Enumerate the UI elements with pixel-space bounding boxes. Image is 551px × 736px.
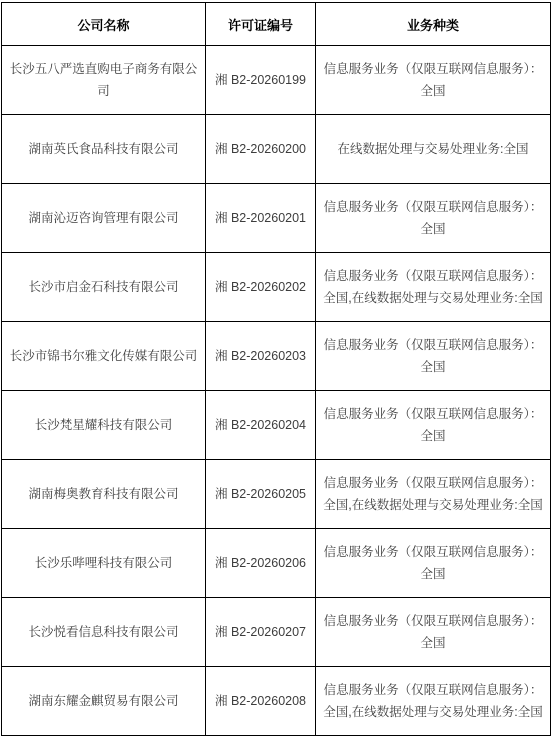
table-row: 长沙悦看信息科技有限公司 湘 B2-20260207 信息服务业务（仅限互联网信… [2,598,551,667]
license-cell: 湘 B2-20260208 [206,667,316,736]
table-row: 长沙市启金石科技有限公司 湘 B2-20260202 信息服务业务（仅限互联网信… [2,253,551,322]
business-cell: 信息服务业务（仅限互联网信息服务）：全国 [316,391,551,460]
company-cell: 长沙市锦书尔雅文化传媒有限公司 [2,322,206,391]
column-header-company: 公司名称 [2,3,206,46]
company-cell: 湖南梅奥教育科技有限公司 [2,460,206,529]
license-cell: 湘 B2-20260205 [206,460,316,529]
license-cell: 湘 B2-20260200 [206,115,316,184]
company-cell: 长沙市启金石科技有限公司 [2,253,206,322]
table-row: 湖南沁迈咨询管理有限公司 湘 B2-20260201 信息服务业务（仅限互联网信… [2,184,551,253]
license-cell: 湘 B2-20260204 [206,391,316,460]
table-row: 长沙乐哔哩科技有限公司 湘 B2-20260206 信息服务业务（仅限互联网信息… [2,529,551,598]
company-cell: 长沙乐哔哩科技有限公司 [2,529,206,598]
license-table-page: 公司名称 许可证编号 业务种类 长沙五八严选直购电子商务有限公司 湘 B2-20… [0,0,551,710]
company-cell: 湖南英氏食品科技有限公司 [2,115,206,184]
business-cell: 信息服务业务（仅限互联网信息服务）：全国 [316,322,551,391]
column-header-business: 业务种类 [316,3,551,46]
business-cell: 信息服务业务（仅限互联网信息服务）：全国 [316,184,551,253]
company-cell: 湖南东耀金麒贸易有限公司 [2,667,206,736]
license-cell: 湘 B2-20260206 [206,529,316,598]
company-cell: 长沙五八严选直购电子商务有限公司 [2,46,206,115]
business-cell: 在线数据处理与交易处理业务:全国 [316,115,551,184]
license-table: 公司名称 许可证编号 业务种类 长沙五八严选直购电子商务有限公司 湘 B2-20… [1,2,551,736]
company-cell: 湖南沁迈咨询管理有限公司 [2,184,206,253]
business-cell: 信息服务业务（仅限互联网信息服务）：全国,在线数据处理与交易处理业务:全国 [316,253,551,322]
business-cell: 信息服务业务（仅限互联网信息服务）：全国,在线数据处理与交易处理业务:全国 [316,667,551,736]
column-header-license: 许可证编号 [206,3,316,46]
table-row: 湖南英氏食品科技有限公司 湘 B2-20260200 在线数据处理与交易处理业务… [2,115,551,184]
business-cell: 信息服务业务（仅限互联网信息服务）：全国,在线数据处理与交易处理业务:全国 [316,460,551,529]
table-row: 长沙五八严选直购电子商务有限公司 湘 B2-20260199 信息服务业务（仅限… [2,46,551,115]
company-cell: 长沙悦看信息科技有限公司 [2,598,206,667]
license-cell: 湘 B2-20260207 [206,598,316,667]
table-row: 湖南东耀金麒贸易有限公司 湘 B2-20260208 信息服务业务（仅限互联网信… [2,667,551,736]
table-row: 长沙梵星耀科技有限公司 湘 B2-20260204 信息服务业务（仅限互联网信息… [2,391,551,460]
license-cell: 湘 B2-20260202 [206,253,316,322]
header-row: 公司名称 许可证编号 业务种类 [2,3,551,46]
business-cell: 信息服务业务（仅限互联网信息服务）：全国 [316,529,551,598]
license-cell: 湘 B2-20260201 [206,184,316,253]
license-cell: 湘 B2-20260203 [206,322,316,391]
license-cell: 湘 B2-20260199 [206,46,316,115]
company-cell: 长沙梵星耀科技有限公司 [2,391,206,460]
business-cell: 信息服务业务（仅限互联网信息服务）：全国 [316,46,551,115]
business-cell: 信息服务业务（仅限互联网信息服务）：全国 [316,598,551,667]
table-row: 长沙市锦书尔雅文化传媒有限公司 湘 B2-20260203 信息服务业务（仅限互… [2,322,551,391]
table-row: 湖南梅奥教育科技有限公司 湘 B2-20260205 信息服务业务（仅限互联网信… [2,460,551,529]
